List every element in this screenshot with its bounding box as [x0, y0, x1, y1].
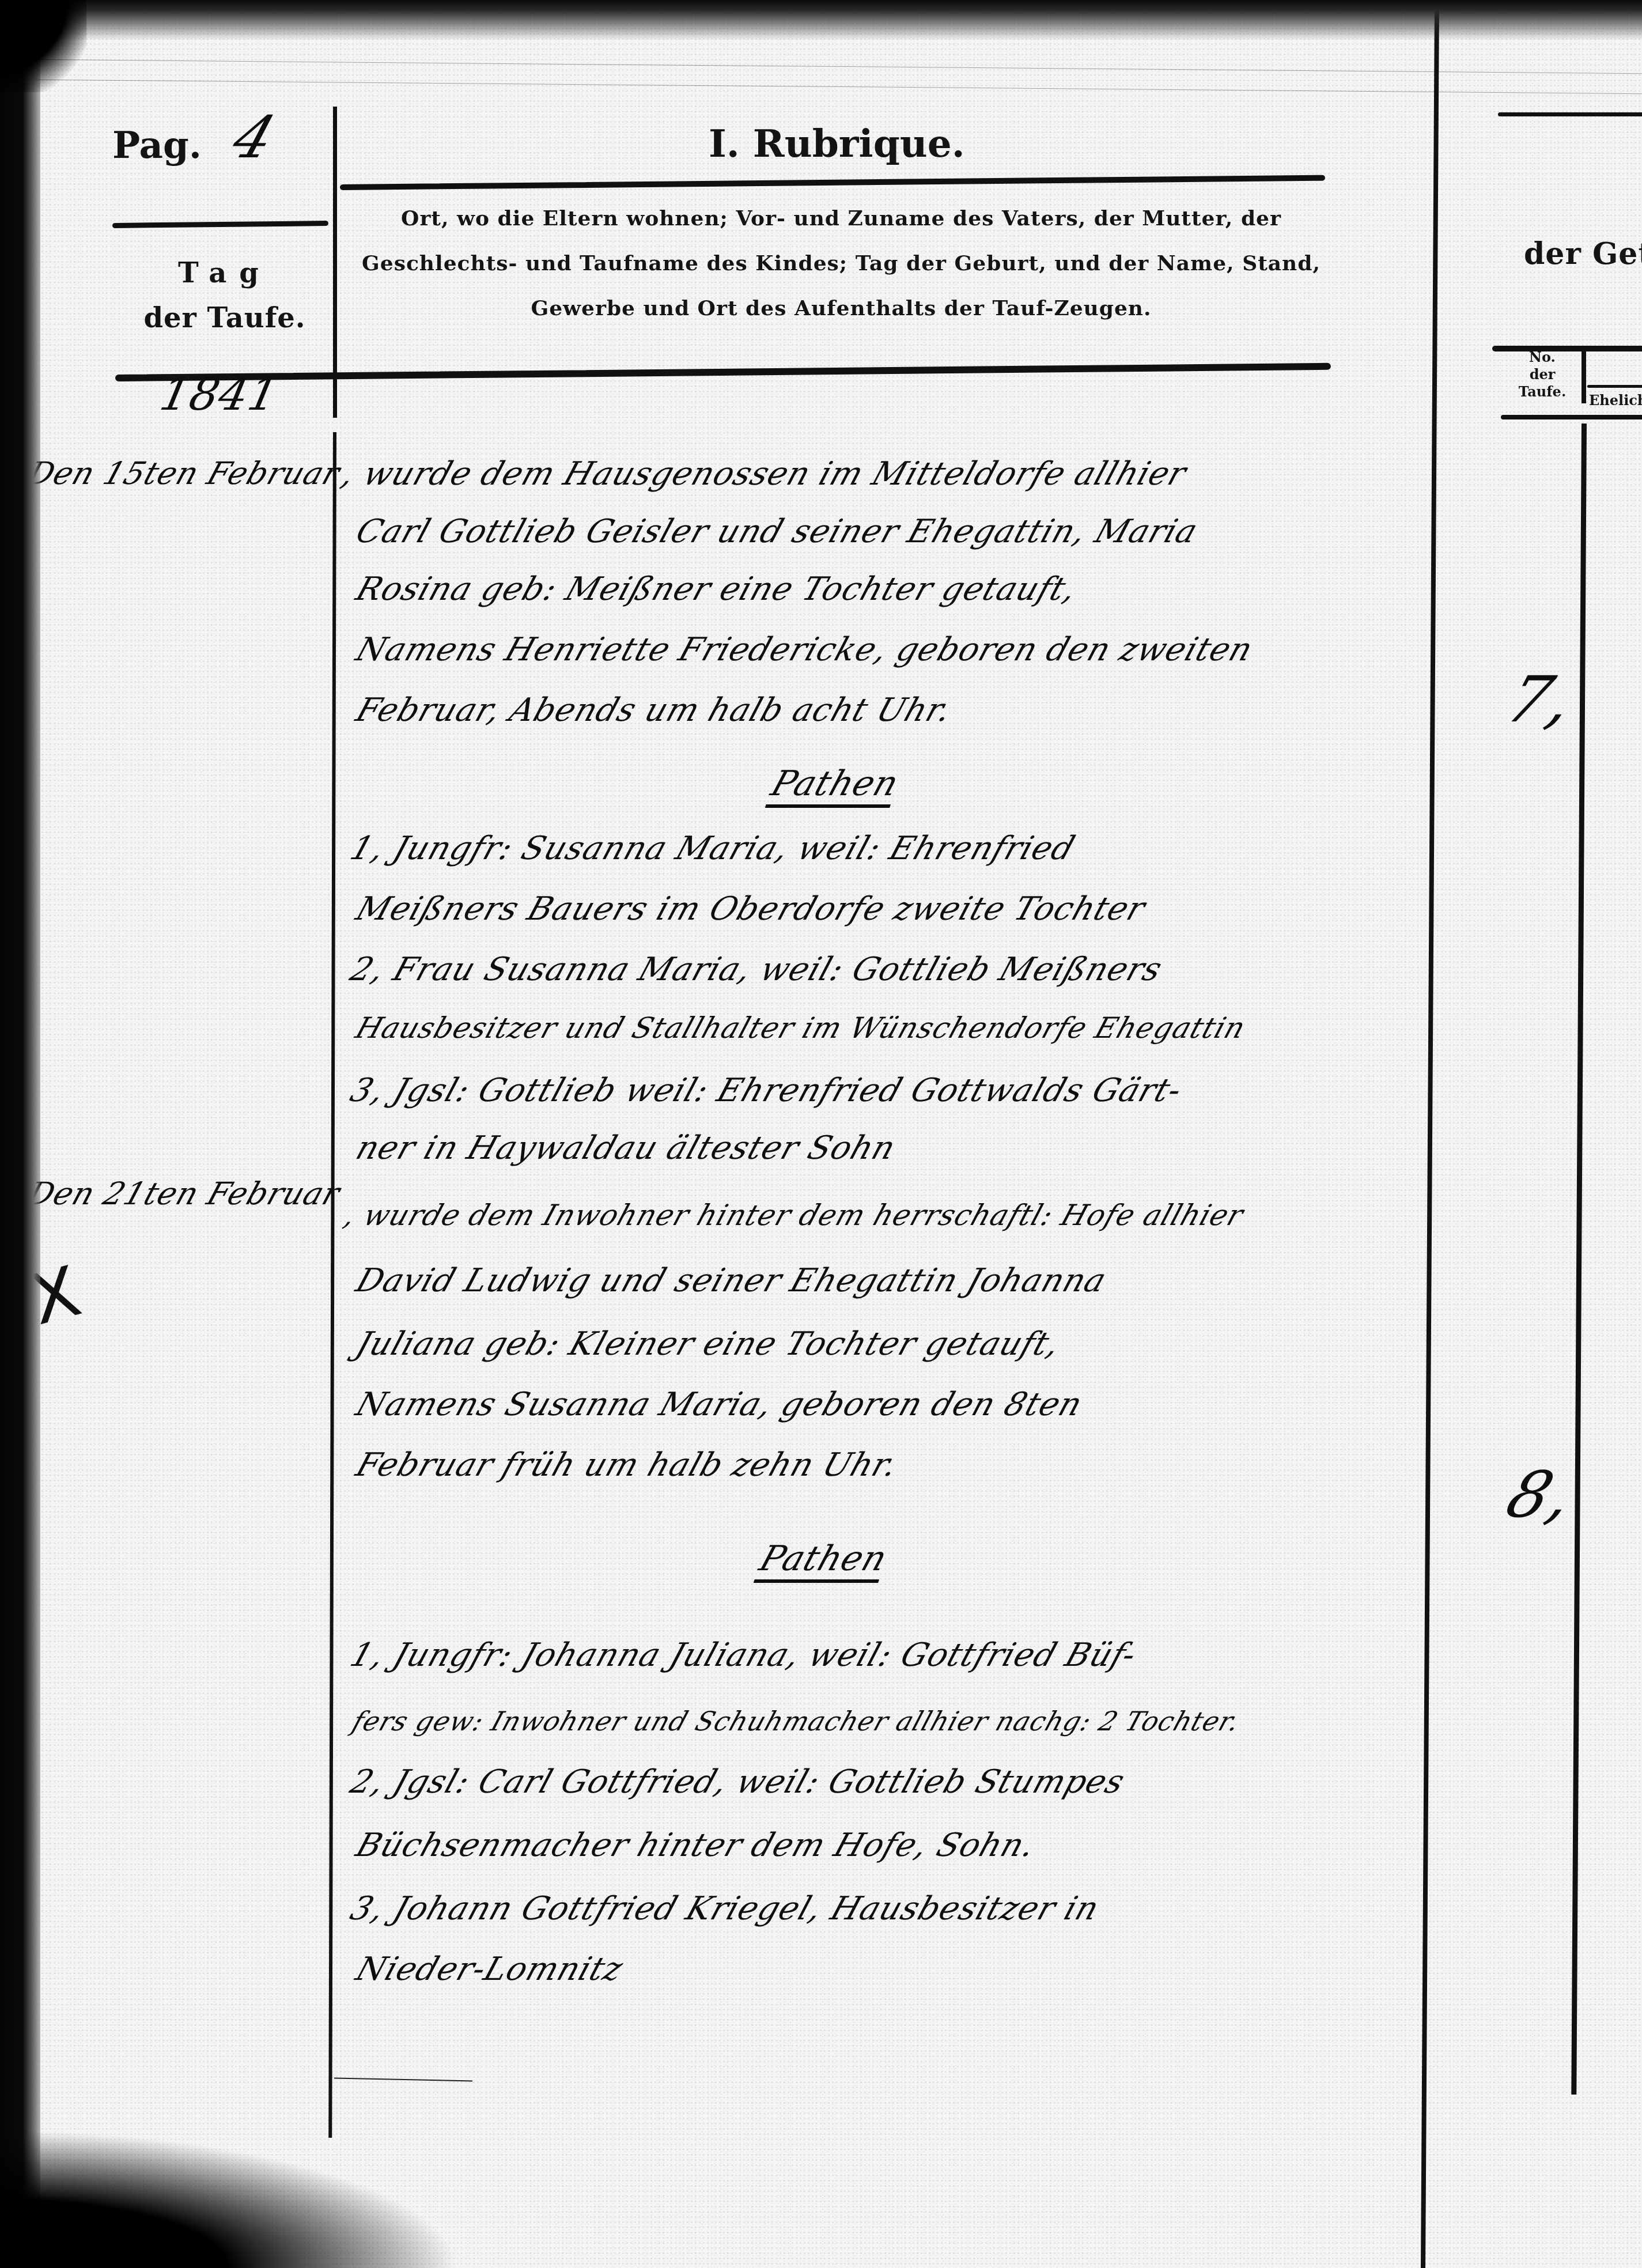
page-corner-shadow [0, 0, 86, 92]
entry-line: , wurde dem Hausgenossen im Mitteldorfe … [337, 455, 1191, 493]
right-header-rule [1498, 112, 1642, 116]
witness-line: 2, Frau Susanna Maria, weil: Gottlieb Me… [346, 951, 1167, 988]
entry-line: Februar früh um halb zehn Uhr. [351, 1446, 902, 1484]
witness-line: 3, Johann Gottfried Kriegel, Hausbesitze… [346, 1890, 1104, 1927]
no-line3: Taufe. [1505, 383, 1580, 400]
entry-closing-line [334, 2077, 472, 2081]
witness-line: 1, Jungfr: Susanna Maria, weil: Ehrenfri… [346, 830, 1080, 867]
entry-line: Juliana geb: Kleiner eine Tochter getauf… [351, 1325, 1065, 1363]
column-header-date: Tag der Taufe. [130, 251, 320, 341]
right-page-heading: der Get [1524, 236, 1642, 271]
entry-number: 7, [1498, 663, 1584, 736]
witness-line: Hausbesitzer und Stallhalter im Wünschen… [351, 1011, 1250, 1045]
right-header-rule [1501, 415, 1642, 419]
right-column-header-ehelich: Ehelich [1589, 392, 1642, 409]
page-number: 4 [225, 104, 284, 171]
column-header-description: Ort, wo die Eltern wohnen; Vor- und Zuna… [346, 196, 1337, 331]
entry-line: Namens Henriette Friedericke, geboren de… [351, 631, 1258, 668]
witness-line: 3, Jgsl: Gottlieb weil: Ehrenfried Gottw… [346, 1072, 1187, 1109]
year-annotation: 1841 [156, 369, 283, 421]
book-binding-shadow [0, 0, 40, 2268]
rubrique-title: I. Rubrique. [709, 121, 965, 166]
pathen-heading: Pathen [766, 763, 904, 804]
column-divider [333, 107, 337, 418]
column-header-date-line2: der Taufe. [130, 296, 320, 341]
witness-line: ner in Haywaldau ältester Sohn [351, 1129, 901, 1167]
witness-line: fers gew: Inwohner und Schuhmacher allhi… [349, 1706, 1244, 1737]
no-line2: der [1505, 366, 1580, 383]
entry-number: 8, [1498, 1458, 1584, 1532]
header-rule [340, 175, 1325, 190]
witness-line: 2, Jgsl: Carl Gottfried, weil: Gottlieb … [346, 1763, 1130, 1801]
faint-rule [35, 80, 1642, 94]
entry-line: Namens Susanna Maria, geboren den 8ten [351, 1386, 1087, 1423]
entry-line: Rosina geb: Meißner eine Tochter getauft… [351, 570, 1081, 608]
faint-rule [35, 59, 1642, 74]
right-column-divider [1582, 351, 1586, 403]
witness-line: Büchsenmacher hinter dem Hofe, Sohn. [351, 1827, 1041, 1864]
witness-line: 1, Jungfr: Johanna Juliana, weil: Gottfr… [346, 1636, 1141, 1674]
entry-date: Den 15ten Februar [23, 455, 345, 492]
column-header-date-line1: Tag [130, 251, 320, 296]
header-rule [115, 363, 1331, 381]
witness-line: Meißners Bauers im Oberdorfe zweite Toch… [351, 890, 1150, 928]
page-bottom-shadow [0, 2130, 461, 2268]
witness-line: Nieder-Lomnitz [351, 1951, 628, 1988]
entry-line: Carl Gottlieb Geisler und seiner Ehegatt… [351, 513, 1202, 550]
header-rule [112, 221, 328, 228]
entry-line: David Ludwig und seiner Ehegattin Johann… [351, 1262, 1111, 1299]
entry-date: Den 21ten Februar [23, 1175, 345, 1212]
entry-line: Februar, Abends um halb acht Uhr. [351, 691, 956, 729]
right-column-header-number: No. der Taufe. [1505, 349, 1580, 400]
right-header-rule [1587, 385, 1642, 388]
column-divider [328, 432, 336, 2138]
entry-line: , wurde dem Inwohner hinter dem herrscha… [340, 1199, 1248, 1232]
pathen-heading: Pathen [755, 1539, 892, 1579]
page-divider [1421, 6, 1439, 2268]
page-label: Pag. [112, 124, 202, 167]
no-line1: No. [1505, 349, 1580, 366]
page-top-edge [0, 0, 1642, 40]
